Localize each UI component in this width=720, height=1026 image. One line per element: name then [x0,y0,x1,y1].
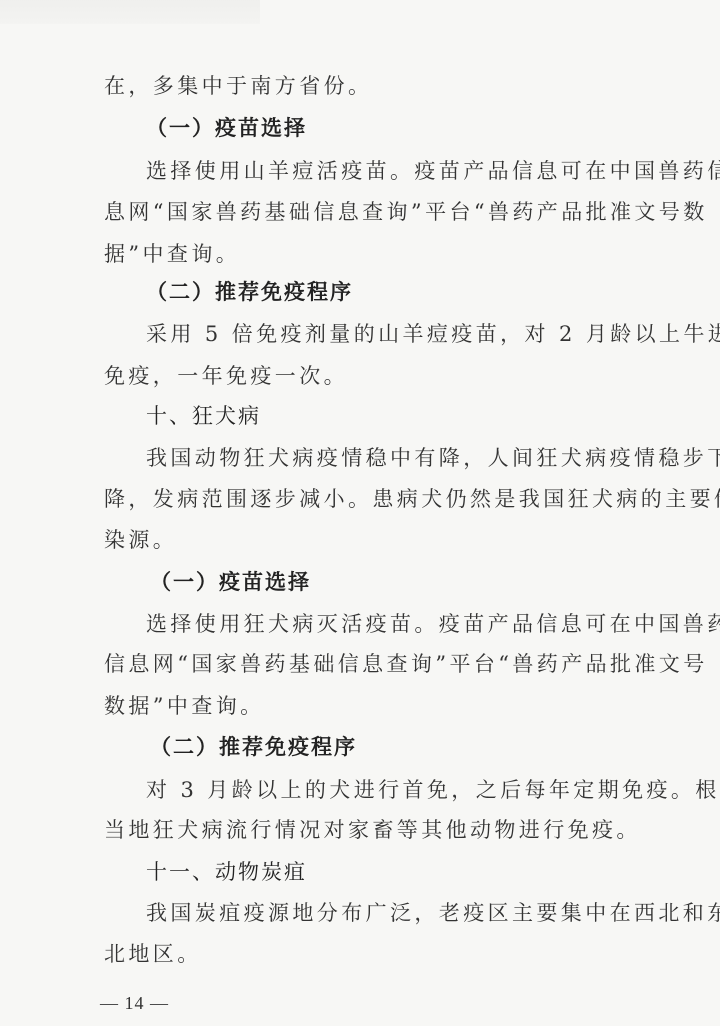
paragraph-line: 我国炭疽疫源地分布广泛，老疫区主要集中在西北和东 [146,899,720,927]
paragraph-line: 北地区。 [104,940,202,968]
section-heading-anthrax: 十一、动物炭疽 [146,858,307,886]
paragraph-line: 数据”中查询。 [104,692,265,720]
subheading-vaccine-selection: （一）疫苗选择 [150,568,311,596]
page-number: — 14 — [100,993,169,1014]
section-heading-rabies: 十、狂犬病 [146,402,261,430]
subheading-vaccine-selection: （一）疫苗选择 [146,114,307,142]
paragraph-line: 染源。 [104,526,177,554]
subheading-immunization-program: （二）推荐免疫程序 [150,733,357,761]
paragraph-line: 选择使用山羊痘活疫苗。疫苗产品信息可在中国兽药信 [146,157,720,185]
paragraph-line: 免疫，一年免疫一次。 [104,362,348,390]
paragraph-line: 选择使用狂犬病灭活疫苗。疫苗产品信息可在中国兽药 [146,610,720,638]
paragraph-line: 在，多集中于南方省份。 [104,72,372,100]
document-page: 在，多集中于南方省份。 （一）疫苗选择 选择使用山羊痘活疫苗。疫苗产品信息可在中… [0,0,720,1026]
paragraph-line: 对 3 月龄以上的犬进行首免，之后每年定期免疫。根据 [146,776,720,804]
paragraph-line: 据”中查询。 [104,240,240,268]
subheading-immunization-program: （二）推荐免疫程序 [146,278,353,306]
paragraph-line: 采用 5 倍免疫剂量的山羊痘疫苗，对 2 月龄以上牛进行 [146,320,720,348]
paragraph-line: 息网“国家兽药基础信息查询”平台“兽药产品批准文号数 [104,198,708,226]
paragraph-line: 我国动物狂犬病疫情稳中有降，人间狂犬病疫情稳步下 [146,444,720,472]
paragraph-line: 降，发病范围逐步减小。患病犬仍然是我国狂犬病的主要传 [104,485,720,513]
paragraph-line: 信息网“国家兽药基础信息查询”平台“兽药产品批准文号 [104,650,708,678]
paragraph-line: 当地狂犬病流行情况对家畜等其他动物进行免疫。 [104,816,641,844]
